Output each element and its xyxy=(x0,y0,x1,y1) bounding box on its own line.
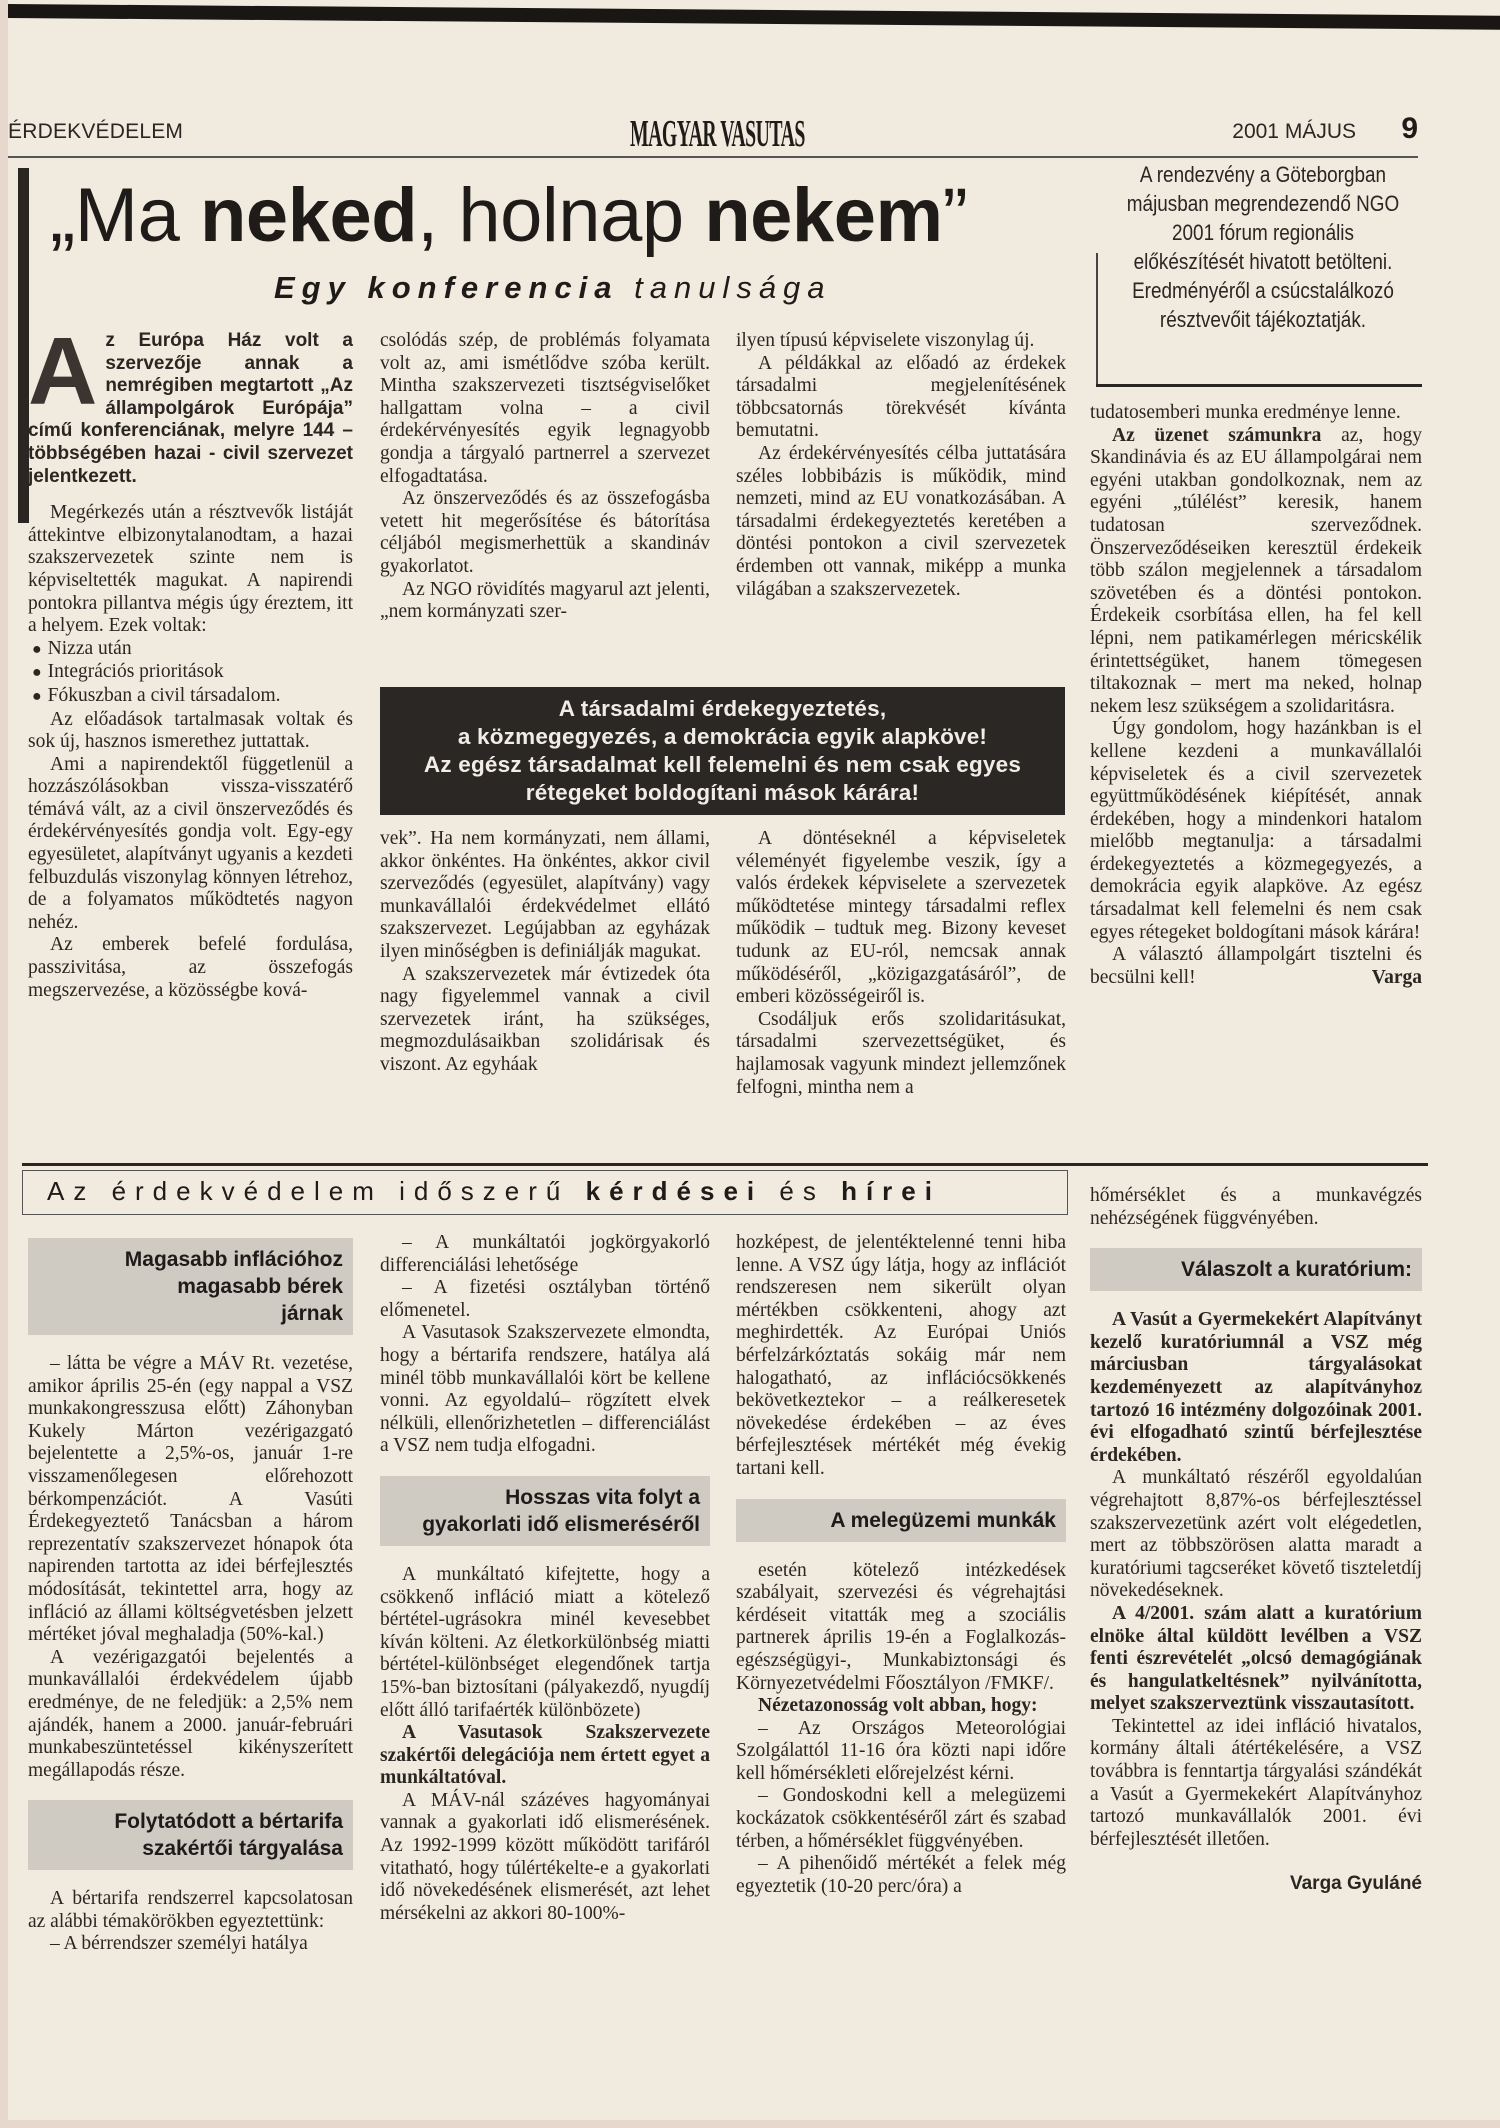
header-rule xyxy=(8,156,1418,158)
article1-column-2-bottom: vek”. Ha nem kormányzati, nem állami, ak… xyxy=(380,828,710,1077)
paragraph: A Vasutasok Szakszervezete elmondta, hog… xyxy=(380,1322,710,1458)
subheading: Magasabb inflációhoz magasabb bérek járn… xyxy=(28,1238,353,1335)
article2-column-4: hőmérséklet és a munkavégzés nehézségéne… xyxy=(1090,1185,1422,1896)
author-signature: Varga Gyuláné xyxy=(1090,1873,1422,1896)
bold-paragraph: A Vasutasok Szakszervezete szakértői del… xyxy=(380,1722,710,1790)
paragraph: Az érdekérvényesítés célba juttatására s… xyxy=(736,443,1066,601)
paragraph: Tekintettel az idei infláció hivatalos, … xyxy=(1090,1716,1422,1852)
paragraph: A bértarifa rendszerrel kapcsolatosan az… xyxy=(28,1888,353,1933)
paragraph: Az NGO rövidítés magyarul azt jelenti, „… xyxy=(380,579,710,624)
banner-text: Az érdekvédelem időszerű xyxy=(47,1176,586,1206)
bold-paragraph: A Vasút a Gyermekekért Alapítványt kezel… xyxy=(1090,1309,1422,1467)
drop-cap: A xyxy=(28,332,97,412)
info-sidebox: A rendezvény a Göteborgban májusban megr… xyxy=(1121,160,1405,390)
paragraph: A példákkal az előadó az érdekek társada… xyxy=(736,353,1066,443)
paragraph: esetén kötelező intézkedések szabályait,… xyxy=(736,1560,1066,1696)
banner-bold: hírei xyxy=(841,1176,941,1206)
section-label: ÉRDEKVÉDELEM xyxy=(8,120,183,144)
paragraph: tudatosemberi munka eredménye lenne. xyxy=(1090,402,1422,425)
paragraph: A szakszervezetek már évtizedek óta nagy… xyxy=(380,964,710,1077)
paragraph: Az emberek befelé fordulása, passzivitás… xyxy=(28,934,353,1002)
page-number: 9 xyxy=(1401,112,1418,146)
title-part: , holnap xyxy=(417,173,704,258)
subheading: Hosszas vita folyt a gyakorlati idő elis… xyxy=(380,1476,710,1546)
paragraph: A munkáltató részéről egyoldalúan végreh… xyxy=(1090,1467,1422,1603)
bold-paragraph: A 4/2001. szám alatt a kuratórium elnöke… xyxy=(1090,1603,1422,1716)
paragraph: hozképest, de jelentéktelenné tenni hiba… xyxy=(736,1232,1066,1481)
pull-quote-box: A társadalmi érdekegyeztetés, a közmegeg… xyxy=(380,687,1065,815)
bold-paragraph: Nézetazonosság volt abban, hogy: xyxy=(736,1695,1066,1718)
subheading: A melegüzemi munkák xyxy=(736,1499,1066,1542)
article2-column-3: hozképest, de jelentéktelenné tenni hiba… xyxy=(736,1232,1066,1898)
sidebox-border xyxy=(1096,253,1098,385)
paragraph: A munkáltató kifejtette, hogy a csökkenő… xyxy=(380,1564,710,1722)
bullet-item: Nizza után xyxy=(28,638,353,662)
paragraph: – A pihenőidő mértékét a felek még egyez… xyxy=(736,1853,1066,1898)
subtitle-rest: tanulsága xyxy=(618,270,831,305)
paragraph: ilyen típusú képviselete viszonylag új. xyxy=(736,330,1066,353)
article-subtitle: Egy konferencia tanulsága xyxy=(274,270,832,306)
subheading: Folytatódott a bértarifa szakértői tárgy… xyxy=(28,1800,353,1870)
paragraph: A MÁV-nál százéves hagyományai vannak a … xyxy=(380,1790,710,1926)
paragraph: csolódás szép, de problémás folyamata vo… xyxy=(380,330,710,488)
masthead-logo: MAGYAR VASUTAS xyxy=(630,112,805,156)
page-header: ÉRDEKVÉDELEM MAGYAR VASUTAS 2001 MÁJUS 9 xyxy=(8,112,1418,158)
quote-line: Az egész társadalmat kell felemelni és n… xyxy=(380,751,1065,779)
paragraph-text: az, hogy Skandinávia és az EU állampolgá… xyxy=(1090,425,1422,717)
article1-column-4: tudatosemberi munka eredménye lenne. Az … xyxy=(1090,402,1422,990)
paragraph: vek”. Ha nem kormányzati, nem állami, ak… xyxy=(380,828,710,964)
paragraph: Megérkezés után a résztvevők listáját át… xyxy=(28,502,353,638)
bold-lead-in: Az üzenet számunkra xyxy=(1112,425,1321,446)
paragraph: – A bérrendszer személyi hatálya xyxy=(28,1933,353,1956)
article-title: „Ma neked, holnap nekem” xyxy=(50,172,967,259)
paragraph: – A fizetési osztályban történő előmenet… xyxy=(380,1277,710,1322)
banner-bold: kérdései xyxy=(586,1176,764,1206)
lead-paragraph: Az Európa Ház volt a szervezője annak a … xyxy=(28,330,353,488)
paragraph: Csodáljuk erős szolidaritásukat, társada… xyxy=(736,1009,1066,1099)
subheading: Válaszolt a kuratórium: xyxy=(1090,1248,1422,1291)
article2-column-1: Magasabb inflációhoz magasabb bérek járn… xyxy=(28,1232,353,1956)
title-part: „Ma xyxy=(50,173,200,258)
paragraph: – Gondoskodni kell a melegüzemi kockázat… xyxy=(736,1785,1066,1853)
title-part: ” xyxy=(943,173,968,258)
article2-column-2: – A munkáltatói jogkörgyakorló differenc… xyxy=(380,1232,710,1925)
quote-line: a közmegegyezés, a demokrácia egyik alap… xyxy=(380,723,1065,751)
paragraph: A vezérigazgatói bejelentés a munkaválla… xyxy=(28,1647,353,1783)
bullet-item: Integrációs prioritások xyxy=(28,661,353,685)
paragraph: Úgy gondolom, hogy hazánkban is el kelle… xyxy=(1090,718,1422,944)
paragraph: hőmérséklet és a munkavégzés nehézségéne… xyxy=(1090,1185,1422,1230)
paragraph: – látta be végre a MÁV Rt. vezetése, ami… xyxy=(28,1353,353,1647)
title-bold-nekem: nekem xyxy=(704,173,942,258)
banner-text: és xyxy=(763,1176,841,1206)
section-banner: Az érdekvédelem időszerű kérdései és hír… xyxy=(22,1170,1068,1215)
title-bold-neked: neked xyxy=(200,173,417,258)
paragraph: – A munkáltatói jogkörgyakorló differenc… xyxy=(380,1232,710,1277)
paragraph: Az előadások tartalmasak voltak és sok ú… xyxy=(28,709,353,754)
issue-date: 2001 MÁJUS xyxy=(1232,120,1356,144)
article1-column-1: Az Európa Ház volt a szervezője annak a … xyxy=(28,330,353,1002)
paragraph: – Az Országos Meteorológiai Szolgálattól… xyxy=(736,1718,1066,1786)
quote-line: rétegeket boldogítani mások kárára! xyxy=(380,779,1065,807)
newspaper-page: ÉRDEKVÉDELEM MAGYAR VASUTAS 2001 MÁJUS 9… xyxy=(8,0,1500,2120)
paragraph: Az üzenet számunkra az, hogy Skandinávia… xyxy=(1090,425,1422,719)
article1-column-3-bottom: A döntéseknél a képviseletek véleményét … xyxy=(736,828,1066,1099)
paragraph: A döntéseknél a képviseletek véleményét … xyxy=(736,828,1066,1009)
quote-line: A társadalmi érdekegyeztetés, xyxy=(380,695,1065,723)
top-edge-bar xyxy=(8,4,1500,30)
sidebox-rule xyxy=(1096,384,1422,387)
article1-column-3-top: ilyen típusú képviselete viszonylag új. … xyxy=(736,330,1066,601)
paragraph: Az önszerveződés és az összefogásba vete… xyxy=(380,488,710,578)
article1-column-2-top: csolódás szép, de problémás folyamata vo… xyxy=(380,330,710,624)
bullet-item: Fókuszban a civil társadalom. xyxy=(28,685,353,709)
section-divider xyxy=(22,1163,1428,1166)
paragraph: Ami a napirendektől függetlenül a hozzás… xyxy=(28,754,353,935)
subtitle-bold: Egy konferencia xyxy=(274,270,618,305)
